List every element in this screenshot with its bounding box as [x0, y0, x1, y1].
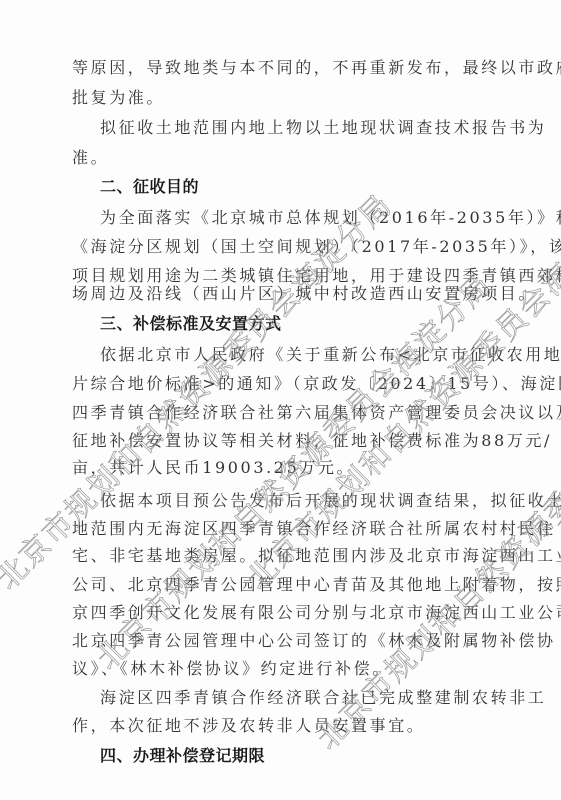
- text-line: 等原因，导致地类与本不同的，不再重新发布，最终以市政府: [72, 58, 468, 78]
- text-line: 片综合地价标准>的通知》（京政发〔2024〕15号）、海淀区: [72, 374, 468, 394]
- text-line: 项目规划用途为二类城镇住宅用地，用于建设四季青镇西郊机: [72, 266, 468, 286]
- text-line: 议》、《林木补偿协议》约定进行补偿。: [72, 659, 468, 679]
- text-line: 北京四季青公园管理中心公司签订的《林木及附属物补偿协: [72, 631, 468, 651]
- text-line: 征地补偿安置协议等相关材料，征地补偿费标准为88万元/: [72, 431, 468, 451]
- section-heading-registration-period: 四、办理补偿登记期限: [100, 746, 265, 766]
- section-heading-compensation: 三、补偿标准及安置方式: [100, 314, 282, 334]
- text-line: 依据本项目预公告发布后开展的现状调查结果，拟征收土: [100, 491, 468, 511]
- text-line: 宅、非宅基地类房屋。拟征地范围内涉及北京市海淀西山工业: [72, 546, 468, 566]
- text-line: 亩，共计人民币19003.25万元。: [72, 458, 468, 478]
- text-line: 海淀区四季青镇合作经济联合社已完成整建制农转非工: [100, 688, 468, 708]
- section-heading-purpose: 二、征收目的: [100, 177, 199, 197]
- text-line: 地范围内无海淀区四季青镇合作经济联合社所属农村村民住: [72, 519, 468, 539]
- text-line: 准。: [72, 148, 468, 168]
- text-line: 京四季创开文化发展有限公司分别与北京市海淀西山工业公司、: [72, 603, 468, 623]
- text-line: 《海淀分区规划（国土空间规划）（2017年-2035年）》，该: [72, 237, 468, 257]
- text-line: 依据北京市人民政府《关于重新公布<北京市征收农用地区: [100, 345, 468, 365]
- text-line: 批复为准。: [72, 88, 468, 108]
- text-line: 作，本次征地不涉及农转非人员安置事宜。: [72, 716, 468, 736]
- text-line: 公司、北京四季青公园管理中心青苗及其他地上附着物，按照北: [72, 575, 468, 595]
- text-line: 四季青镇合作经济联合社第六届集体资产管理委员会决议以及: [72, 403, 468, 423]
- text-line: 为全面落实《北京城市总体规划（2016年-2035年）》和: [100, 208, 468, 228]
- text-line: 场周边及沿线（西山片区）城中村改造西山安置房项目。: [72, 284, 468, 304]
- text-line: 拟征收土地范围内地上物以土地现状调查技术报告书为: [100, 118, 468, 138]
- document-page: 等原因，导致地类与本不同的，不再重新发布，最终以市政府 批复为准。 拟征收土地范…: [0, 0, 561, 800]
